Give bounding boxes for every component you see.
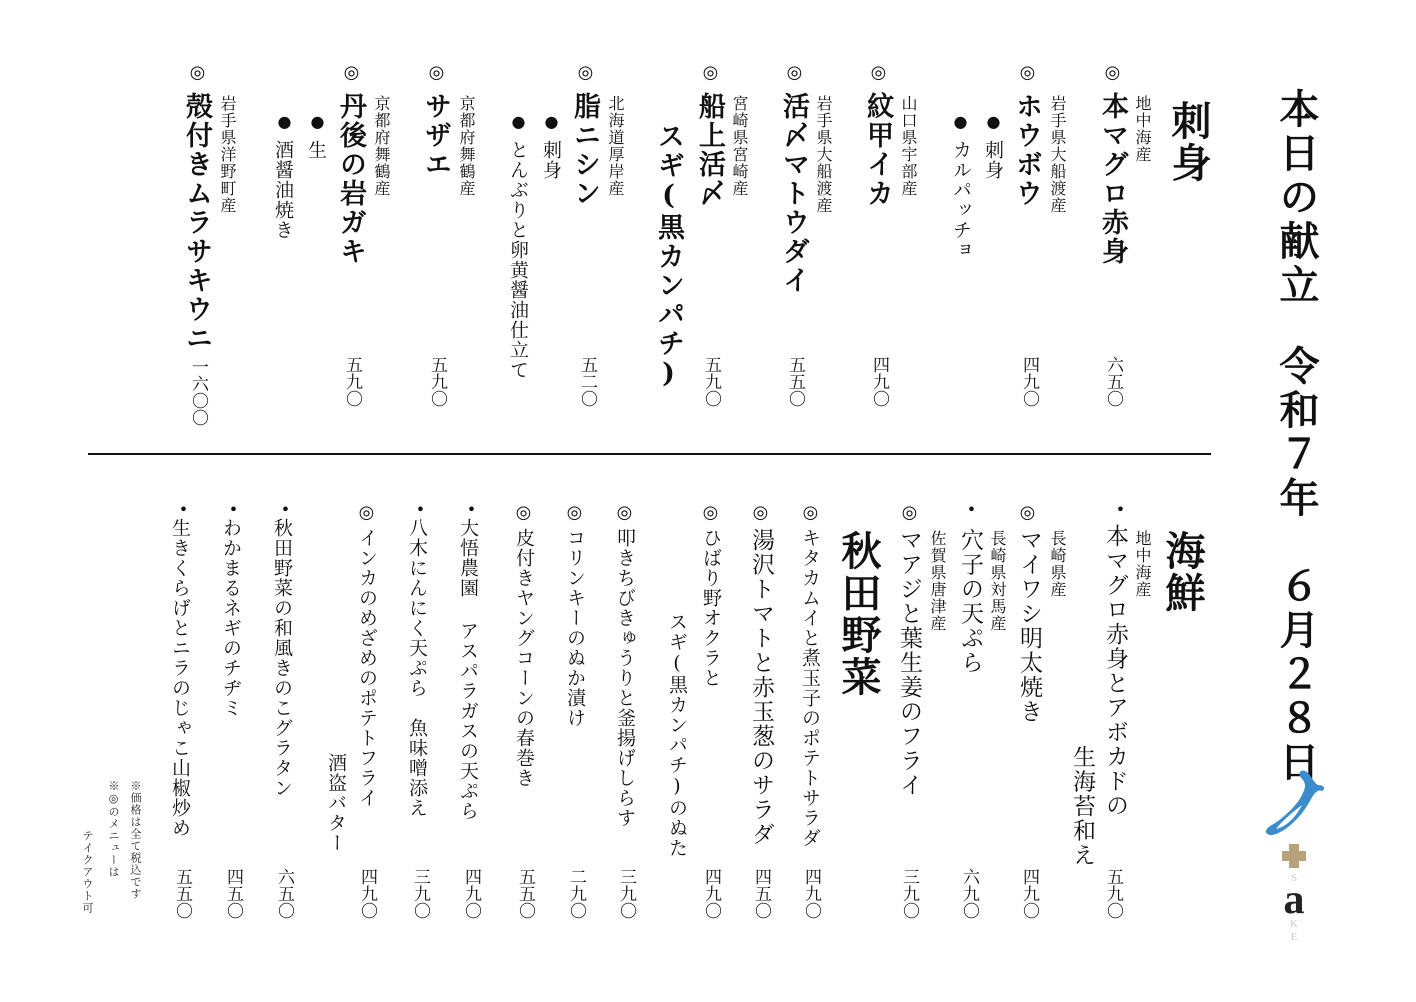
menu-item-name-line2[interactable]: 酒盗バター xyxy=(326,753,345,853)
takeout-mark-icon: ◎ xyxy=(751,502,769,523)
menu-item-name[interactable]: マイワシ明太焼き xyxy=(1017,528,1040,724)
bullet-icon: • xyxy=(225,500,241,519)
fish-logo-icon: S a K E xyxy=(1262,765,1326,945)
menu-item-name[interactable]: ホウボウ xyxy=(1013,92,1040,208)
menu-item-price: 六五〇 xyxy=(275,868,292,919)
item-origin: 岩手県洋野町産 xyxy=(219,95,235,214)
menu-item-name[interactable]: 皮付きヤングコーンの春巻き xyxy=(514,528,533,788)
menu-item-name[interactable]: 生きくらげとニラのじゃこ山椒炒め xyxy=(170,518,189,838)
item-origin: 佐賀県唐津産 xyxy=(929,530,945,632)
takeout-mark-icon: ◎ xyxy=(576,62,594,83)
menu-item-name-line2[interactable]: スギ(黒カンパチ)のぬた xyxy=(667,612,686,858)
takeout-mark-icon: ◎ xyxy=(615,502,633,523)
menu-item-name[interactable]: 殻付きムラサキウニ xyxy=(183,92,210,353)
page-title: 本日の献立 xyxy=(1276,88,1316,308)
section-divider xyxy=(88,453,1211,455)
menu-item-name[interactable]: サザエ xyxy=(422,92,449,179)
takeout-mark-icon: ◎ xyxy=(701,62,719,83)
bullet-icon: ● xyxy=(952,112,968,131)
bullet-icon: ● xyxy=(543,112,559,131)
item-origin: 京都府舞鶴産 xyxy=(373,95,389,197)
restaurant-logo: S a K E xyxy=(1262,765,1326,945)
menu-item-name-line2[interactable]: スギ(黒カンパチ) xyxy=(655,122,682,391)
menu-item-price: 五五〇 xyxy=(786,356,803,407)
bullet-icon: • xyxy=(412,500,428,519)
menu-item-price: 六五〇 xyxy=(1104,356,1121,407)
item-origin: 宮崎県宮崎産 xyxy=(731,95,747,197)
menu-item-price: 四九〇 xyxy=(462,868,479,919)
item-origin: 岩手県大船渡産 xyxy=(1049,95,1065,214)
menu-item-price: 五五〇 xyxy=(173,868,190,919)
menu-item-price: 五九〇 xyxy=(428,356,445,407)
takeout-mark-icon: ◎ xyxy=(785,62,803,83)
takeout-mark-icon: ◎ xyxy=(357,502,375,523)
menu-item-name[interactable]: 脂ニシン xyxy=(571,92,598,208)
menu-item-price: 一六〇〇 xyxy=(189,358,206,426)
menu-item-name[interactable]: キタカムイと煮玉子のポテトサラダ xyxy=(800,528,819,848)
menu-item-name[interactable]: 本マグロ赤身とアボカドの xyxy=(1103,524,1126,818)
item-origin: 京都府舞鶴産 xyxy=(458,95,474,197)
menu-item-price: 五五〇 xyxy=(516,868,533,919)
menu-item-price: 四九〇 xyxy=(702,868,719,919)
menu-item-name[interactable]: マアジと葉生姜のフライ xyxy=(897,528,920,798)
note-takeout: ※◎のメニューは xyxy=(108,780,119,878)
bullet-icon: • xyxy=(277,500,293,519)
menu-item-name[interactable]: 叩きちびきゅうりと釜揚げしらす xyxy=(615,528,634,828)
menu-item-name[interactable]: 活〆マトウダイ xyxy=(780,92,807,295)
menu-item-price: 四九〇 xyxy=(1020,356,1037,407)
menu-item-price: 二九〇 xyxy=(567,868,584,919)
svg-text:K: K xyxy=(1290,918,1298,930)
menu-item-name[interactable]: インカのめざめのポテトフライ xyxy=(357,528,376,808)
item-option: 刺身 xyxy=(541,140,560,180)
menu-item-price: 四五〇 xyxy=(224,868,241,919)
menu-item-name[interactable]: 秋田野菜の和風きのこグラタン xyxy=(272,518,291,798)
menu-item-price: 六九〇 xyxy=(960,868,977,919)
bullet-icon: ● xyxy=(309,112,325,131)
takeout-mark-icon: ◎ xyxy=(427,62,445,83)
menu-item-name[interactable]: 穴子の天ぷら xyxy=(958,528,981,675)
menu-item-price: 三九〇 xyxy=(900,868,917,919)
menu-item-price: 四九〇 xyxy=(802,868,819,919)
bullet-icon: ● xyxy=(276,112,292,131)
item-origin: 北海道厚岸産 xyxy=(607,95,623,197)
note-takeout-cont: テイクアウト可 xyxy=(82,830,93,914)
item-option: 生 xyxy=(306,140,325,160)
item-origin: 長崎県対馬産 xyxy=(989,530,1005,632)
takeout-mark-icon: ◎ xyxy=(1103,62,1121,83)
menu-item-name[interactable]: 湯沢トマトと赤玉葱のサラダ xyxy=(749,528,772,847)
takeout-mark-icon: ◎ xyxy=(701,502,719,523)
menu-item-name[interactable]: 八木にんにく天ぷら 魚味噌添え xyxy=(407,518,426,818)
menu-item-price: 三九〇 xyxy=(411,868,428,919)
section-heading-sashimi: 刺身 xyxy=(1168,100,1208,184)
item-origin: 地中海産 xyxy=(1134,95,1150,163)
menu-item-price: 三九〇 xyxy=(617,868,634,919)
item-origin: 岩手県大船渡産 xyxy=(815,95,831,214)
menu-item-name[interactable]: 紋甲イカ xyxy=(864,92,891,208)
menu-item-name[interactable]: 船上活〆 xyxy=(696,92,723,208)
menu-item-name[interactable]: ひばり野オクラと xyxy=(701,528,720,688)
takeout-mark-icon: ◎ xyxy=(514,502,532,523)
bullet-icon: • xyxy=(463,500,479,519)
menu-item-price: 四九〇 xyxy=(870,356,887,407)
note-tax-included: ※価格は全て税込です xyxy=(130,780,141,900)
takeout-mark-icon: ◎ xyxy=(869,62,887,83)
item-option: 刺身 xyxy=(983,140,1002,180)
menu-item-price: 四九〇 xyxy=(358,868,375,919)
takeout-mark-icon: ◎ xyxy=(1018,502,1036,523)
menu-item-price: 四九〇 xyxy=(1020,868,1037,919)
item-option: とんぶりと卵黄醤油仕立て xyxy=(508,140,527,380)
bullet-icon: ● xyxy=(510,112,526,131)
section-heading-akita: 秋田野菜 xyxy=(838,530,878,698)
menu-item-name[interactable]: 大悟農園 アスパラガスの天ぷら xyxy=(458,518,477,821)
takeout-mark-icon: ◎ xyxy=(188,62,206,83)
takeout-mark-icon: ◎ xyxy=(801,502,819,523)
takeout-mark-icon: ◎ xyxy=(900,502,918,523)
bullet-icon: • xyxy=(963,500,979,519)
bullet-icon: • xyxy=(175,500,191,519)
menu-item-name[interactable]: コリンキーのぬか漬け xyxy=(565,528,584,728)
item-origin: 長崎県産 xyxy=(1049,530,1065,598)
menu-item-name[interactable]: 丹後の岩ガキ xyxy=(337,92,364,266)
takeout-mark-icon: ◎ xyxy=(342,62,360,83)
menu-date: 令和７年 ６月２８日 xyxy=(1276,345,1316,785)
bullet-icon: ● xyxy=(985,112,1001,131)
bullet-icon: • xyxy=(1112,500,1128,519)
menu-item-price: 五九〇 xyxy=(1104,868,1121,919)
menu-item-name-line2[interactable]: 生海苔和え xyxy=(1070,745,1093,868)
menu-item-price: 五二〇 xyxy=(578,356,595,407)
svg-text:E: E xyxy=(1291,931,1298,943)
item-option: 酒醤油焼き xyxy=(273,140,292,240)
item-origin: 山口県宇部産 xyxy=(900,95,916,197)
item-origin: 地中海産 xyxy=(1134,530,1150,598)
menu-item-name[interactable]: 本マグロ赤身 xyxy=(1099,92,1126,266)
item-option: カルパッチョ xyxy=(951,140,970,260)
svg-text:a: a xyxy=(1284,877,1305,923)
menu-item-name[interactable]: わかまるネギのチヂミ xyxy=(221,518,240,718)
section-heading-kaisen: 海鮮 xyxy=(1162,530,1202,614)
takeout-mark-icon: ◎ xyxy=(565,502,583,523)
takeout-mark-icon: ◎ xyxy=(1018,62,1036,83)
menu-item-price: 四五〇 xyxy=(752,868,769,919)
menu-item-price: 五九〇 xyxy=(343,356,360,407)
menu-item-price: 五九〇 xyxy=(702,356,719,407)
